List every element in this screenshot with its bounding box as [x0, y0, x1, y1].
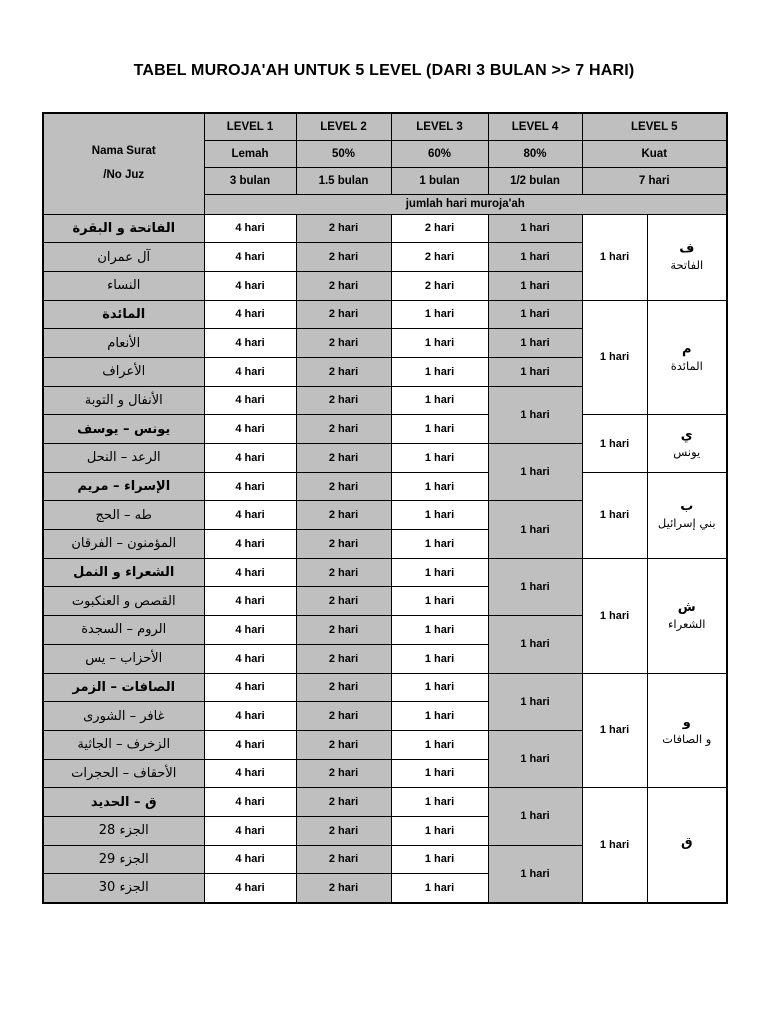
level3-cell: 2 hari [391, 243, 488, 272]
level2-cell: 2 hari [296, 300, 391, 329]
level3-cell: 1 hari [391, 788, 488, 817]
surah-name-cell: الأنفال و التوبة [43, 386, 204, 415]
level5-group-cell: و و الصافات [647, 673, 727, 788]
table-row: الصافات – الزمر 4 hari 2 hari 1 hari 1 h… [43, 673, 727, 702]
surah-name-cell: الأحقاف – الحجرات [43, 759, 204, 788]
surah-name-cell: المائدة [43, 300, 204, 329]
surah-name-cell: الأنعام [43, 329, 204, 358]
level3-cell: 1 hari [391, 472, 488, 501]
level4-cell: 1 hari [488, 501, 582, 558]
level5-group-cell: ف الفاتحة [647, 214, 727, 300]
level2-cell: 2 hari [296, 501, 391, 530]
level5-hari-cell: 1 hari [582, 673, 647, 788]
level2-cell: 2 hari [296, 673, 391, 702]
strength-header-3: 60% [391, 140, 488, 167]
level3-cell: 1 hari [391, 329, 488, 358]
surah-name-cell: آل عمران [43, 243, 204, 272]
surah-name-cell: الأعراف [43, 357, 204, 386]
level3-cell: 1 hari [391, 673, 488, 702]
level1-cell: 4 hari [204, 243, 296, 272]
level1-cell: 4 hari [204, 386, 296, 415]
table-row: المائدة 4 hari 2 hari 1 hari 1 hari 1 ha… [43, 300, 727, 329]
level2-cell: 2 hari [296, 472, 391, 501]
corner-cell: Nama Surat /No Juz [43, 113, 204, 214]
level4-cell: 1 hari [488, 329, 582, 358]
level4-cell: 1 hari [488, 673, 582, 730]
surah-name-cell: الروم – السجدة [43, 616, 204, 645]
level5-group-cell: ق [647, 788, 727, 903]
level2-cell: 2 hari [296, 214, 391, 243]
level2-cell: 2 hari [296, 616, 391, 645]
level2-cell: 2 hari [296, 271, 391, 300]
level2-cell: 2 hari [296, 730, 391, 759]
level5-hari-cell: 1 hari [582, 300, 647, 415]
level1-cell: 4 hari [204, 874, 296, 903]
level1-cell: 4 hari [204, 415, 296, 444]
level2-cell: 2 hari [296, 644, 391, 673]
level-header-3: LEVEL 3 [391, 113, 488, 140]
level3-cell: 1 hari [391, 845, 488, 874]
level5-group-cell: ي يونس [647, 415, 727, 472]
table-row: الفاتحة و البقرة 4 hari 2 hari 2 hari 1 … [43, 214, 727, 243]
level4-cell: 1 hari [488, 300, 582, 329]
level4-cell: 1 hari [488, 243, 582, 272]
level-header-1: LEVEL 1 [204, 113, 296, 140]
level-header-2: LEVEL 2 [296, 113, 391, 140]
header-row-levels: Nama Surat /No Juz LEVEL 1 LEVEL 2 LEVEL… [43, 113, 727, 140]
level2-cell: 2 hari [296, 759, 391, 788]
surah-name-cell: الإسراء – مريم [43, 472, 204, 501]
level3-cell: 1 hari [391, 816, 488, 845]
level1-cell: 4 hari [204, 530, 296, 559]
level2-cell: 2 hari [296, 530, 391, 559]
duration-header-3: 1 bulan [391, 167, 488, 194]
table-row: ق – الحديد 4 hari 2 hari 1 hari 1 hari 1… [43, 788, 727, 817]
level3-cell: 2 hari [391, 271, 488, 300]
level3-cell: 1 hari [391, 300, 488, 329]
level1-cell: 4 hari [204, 587, 296, 616]
level4-cell: 1 hari [488, 386, 582, 443]
level1-cell: 4 hari [204, 644, 296, 673]
level3-cell: 1 hari [391, 730, 488, 759]
level1-cell: 4 hari [204, 816, 296, 845]
level2-cell: 2 hari [296, 702, 391, 731]
level1-cell: 4 hari [204, 329, 296, 358]
level5-hari-cell: 1 hari [582, 558, 647, 673]
surah-name-cell: الفاتحة و البقرة [43, 214, 204, 243]
duration-header-1: 3 bulan [204, 167, 296, 194]
level5-group-cell: ش الشعراء [647, 558, 727, 673]
strength-header-1: Lemah [204, 140, 296, 167]
group-label: بني إسرائيل [658, 518, 716, 530]
table-row: الشعراء و النمل 4 hari 2 hari 1 hari 1 h… [43, 558, 727, 587]
level3-cell: 1 hari [391, 874, 488, 903]
level2-cell: 2 hari [296, 558, 391, 587]
level1-cell: 4 hari [204, 501, 296, 530]
level1-cell: 4 hari [204, 472, 296, 501]
surah-name-cell: الجزء 29 [43, 845, 204, 874]
surah-name-cell: القصص و العنكبوت [43, 587, 204, 616]
group-label: يونس [673, 447, 700, 459]
level2-cell: 2 hari [296, 243, 391, 272]
level1-cell: 4 hari [204, 214, 296, 243]
level2-cell: 2 hari [296, 444, 391, 473]
level5-group-cell: ب بني إسرائيل [647, 472, 727, 558]
level3-cell: 1 hari [391, 616, 488, 645]
group-label: الشعراء [668, 619, 705, 631]
level3-cell: 1 hari [391, 444, 488, 473]
level4-cell: 1 hari [488, 558, 582, 615]
level2-cell: 2 hari [296, 874, 391, 903]
level3-cell: 1 hari [391, 501, 488, 530]
level3-cell: 1 hari [391, 702, 488, 731]
level3-cell: 1 hari [391, 644, 488, 673]
level5-group-cell: م المائدة [647, 300, 727, 415]
group-label: و الصافات [662, 734, 711, 746]
level-header-5: LEVEL 5 [582, 113, 727, 140]
level1-cell: 4 hari [204, 558, 296, 587]
surah-name-cell: المؤمنون – الفرقان [43, 530, 204, 559]
duration-header-5: 7 hari [582, 167, 727, 194]
level1-cell: 4 hari [204, 357, 296, 386]
table-row: الإسراء – مريم 4 hari 2 hari 1 hari 1 ha… [43, 472, 727, 501]
group-letter: ب [680, 500, 693, 513]
level5-hari-cell: 1 hari [582, 415, 647, 472]
level2-cell: 2 hari [296, 816, 391, 845]
level3-cell: 2 hari [391, 214, 488, 243]
level4-cell: 1 hari [488, 357, 582, 386]
level1-cell: 4 hari [204, 673, 296, 702]
group-letter: ق [681, 836, 693, 849]
level4-cell: 1 hari [488, 271, 582, 300]
level-header-4: LEVEL 4 [488, 113, 582, 140]
level1-cell: 4 hari [204, 271, 296, 300]
strength-header-2: 50% [296, 140, 391, 167]
duration-header-2: 1.5 bulan [296, 167, 391, 194]
corner-line-1: Nama Surat [92, 146, 156, 158]
level2-cell: 2 hari [296, 845, 391, 874]
level1-cell: 4 hari [204, 759, 296, 788]
level4-cell: 1 hari [488, 845, 582, 902]
surah-name-cell: الجزء 28 [43, 816, 204, 845]
surah-name-cell: ق – الحديد [43, 788, 204, 817]
level2-cell: 2 hari [296, 357, 391, 386]
level3-cell: 1 hari [391, 415, 488, 444]
group-label: الفاتحة [670, 260, 703, 272]
page-title: TABEL MUROJA'AH UNTUK 5 LEVEL (DARI 3 BU… [0, 62, 768, 80]
group-label: المائدة [671, 361, 703, 373]
group-letter: م [682, 343, 692, 356]
level3-cell: 1 hari [391, 759, 488, 788]
level1-cell: 4 hari [204, 730, 296, 759]
surah-name-cell: النساء [43, 271, 204, 300]
surah-name-cell: الصافات – الزمر [43, 673, 204, 702]
surah-name-cell: الجزء 30 [43, 874, 204, 903]
level4-cell: 1 hari [488, 214, 582, 243]
level1-cell: 4 hari [204, 616, 296, 645]
subheader-cell: jumlah hari muroja'ah [204, 194, 727, 214]
surah-name-cell: الزخرف – الجاثية [43, 730, 204, 759]
level2-cell: 2 hari [296, 386, 391, 415]
level5-hari-cell: 1 hari [582, 472, 647, 558]
table-row: يونس – يوسف 4 hari 2 hari 1 hari 1 hari … [43, 415, 727, 444]
level4-cell: 1 hari [488, 616, 582, 673]
level2-cell: 2 hari [296, 587, 391, 616]
level1-cell: 4 hari [204, 444, 296, 473]
level3-cell: 1 hari [391, 558, 488, 587]
muroja-table: Nama Surat /No Juz LEVEL 1 LEVEL 2 LEVEL… [42, 112, 728, 904]
surah-name-cell: الشعراء و النمل [43, 558, 204, 587]
level1-cell: 4 hari [204, 788, 296, 817]
level5-hari-cell: 1 hari [582, 788, 647, 903]
duration-header-4: 1/2 bulan [488, 167, 582, 194]
level3-cell: 1 hari [391, 357, 488, 386]
strength-header-5: Kuat [582, 140, 727, 167]
strength-header-4: 80% [488, 140, 582, 167]
level4-cell: 1 hari [488, 788, 582, 845]
surah-name-cell: طه – الحج [43, 501, 204, 530]
level3-cell: 1 hari [391, 386, 488, 415]
level3-cell: 1 hari [391, 530, 488, 559]
document-page: TABEL MUROJA'AH UNTUK 5 LEVEL (DARI 3 BU… [0, 0, 768, 1024]
surah-name-cell: غافر – الشورى [43, 702, 204, 731]
surah-name-cell: الرعد – النحل [43, 444, 204, 473]
level2-cell: 2 hari [296, 329, 391, 358]
group-letter: و [683, 716, 691, 729]
level1-cell: 4 hari [204, 845, 296, 874]
level5-hari-cell: 1 hari [582, 214, 647, 300]
group-letter: ش [678, 601, 696, 614]
level4-cell: 1 hari [488, 730, 582, 787]
group-letter: ف [679, 242, 694, 255]
level4-cell: 1 hari [488, 444, 582, 501]
group-letter: ي [681, 429, 693, 442]
level3-cell: 1 hari [391, 587, 488, 616]
level2-cell: 2 hari [296, 415, 391, 444]
level1-cell: 4 hari [204, 300, 296, 329]
corner-line-2: /No Juz [103, 170, 144, 182]
surah-name-cell: يونس – يوسف [43, 415, 204, 444]
surah-name-cell: الأحزاب – يس [43, 644, 204, 673]
level2-cell: 2 hari [296, 788, 391, 817]
level1-cell: 4 hari [204, 702, 296, 731]
